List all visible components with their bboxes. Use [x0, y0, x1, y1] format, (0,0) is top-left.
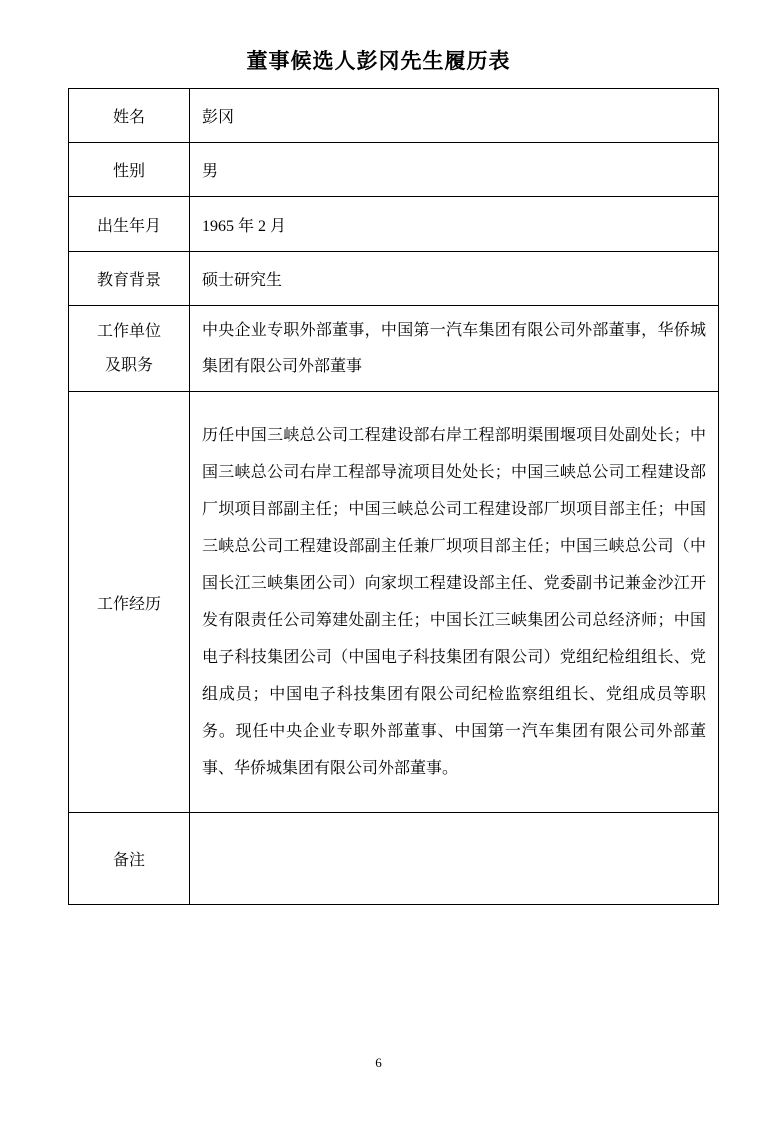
- row-remarks: 备注: [69, 813, 719, 905]
- row-education: 教育背景 硕士研究生: [69, 252, 719, 306]
- resume-table: 姓名 彭冈 性别 男 出生年月 1965 年 2 月 教育背景 硕士研究生 工作…: [68, 88, 719, 905]
- work-unit-position-value: 中央企业专职外部董事，中国第一汽车集团有限公司外部董事，华侨城集团有限公司外部董…: [190, 306, 719, 392]
- remarks-label: 备注: [69, 813, 190, 905]
- work-unit-position-text: 中央企业专职外部董事，中国第一汽车集团有限公司外部董事，华侨城集团有限公司外部董…: [202, 313, 706, 385]
- work-experience-label: 工作经历: [69, 392, 190, 813]
- page-number: 6: [0, 1055, 757, 1071]
- work-unit-label-line2: 及职务: [105, 357, 153, 374]
- row-gender: 性别 男: [69, 143, 719, 197]
- gender-value: 男: [190, 143, 719, 197]
- name-value: 彭冈: [190, 89, 719, 143]
- page-title: 董事候选人彭冈先生履历表: [0, 45, 757, 75]
- education-label: 教育背景: [69, 252, 190, 306]
- work-experience-text: 历任中国三峡总公司工程建设部右岸工程部明渠围堰项目处副处长；中国三峡总公司右岸工…: [202, 417, 706, 787]
- row-work-unit-position: 工作单位 及职务 中央企业专职外部董事，中国第一汽车集团有限公司外部董事，华侨城…: [69, 306, 719, 392]
- remarks-value: [190, 813, 719, 905]
- name-label: 姓名: [69, 89, 190, 143]
- work-unit-label-line1: 工作单位: [97, 323, 161, 340]
- birthdate-label: 出生年月: [69, 197, 190, 252]
- gender-label: 性别: [69, 143, 190, 197]
- row-birthdate: 出生年月 1965 年 2 月: [69, 197, 719, 252]
- work-unit-position-label: 工作单位 及职务: [69, 306, 190, 392]
- birthdate-value: 1965 年 2 月: [190, 197, 719, 252]
- work-experience-value: 历任中国三峡总公司工程建设部右岸工程部明渠围堰项目处副处长；中国三峡总公司右岸工…: [190, 392, 719, 813]
- row-name: 姓名 彭冈: [69, 89, 719, 143]
- education-value: 硕士研究生: [190, 252, 719, 306]
- row-work-experience: 工作经历 历任中国三峡总公司工程建设部右岸工程部明渠围堰项目处副处长；中国三峡总…: [69, 392, 719, 813]
